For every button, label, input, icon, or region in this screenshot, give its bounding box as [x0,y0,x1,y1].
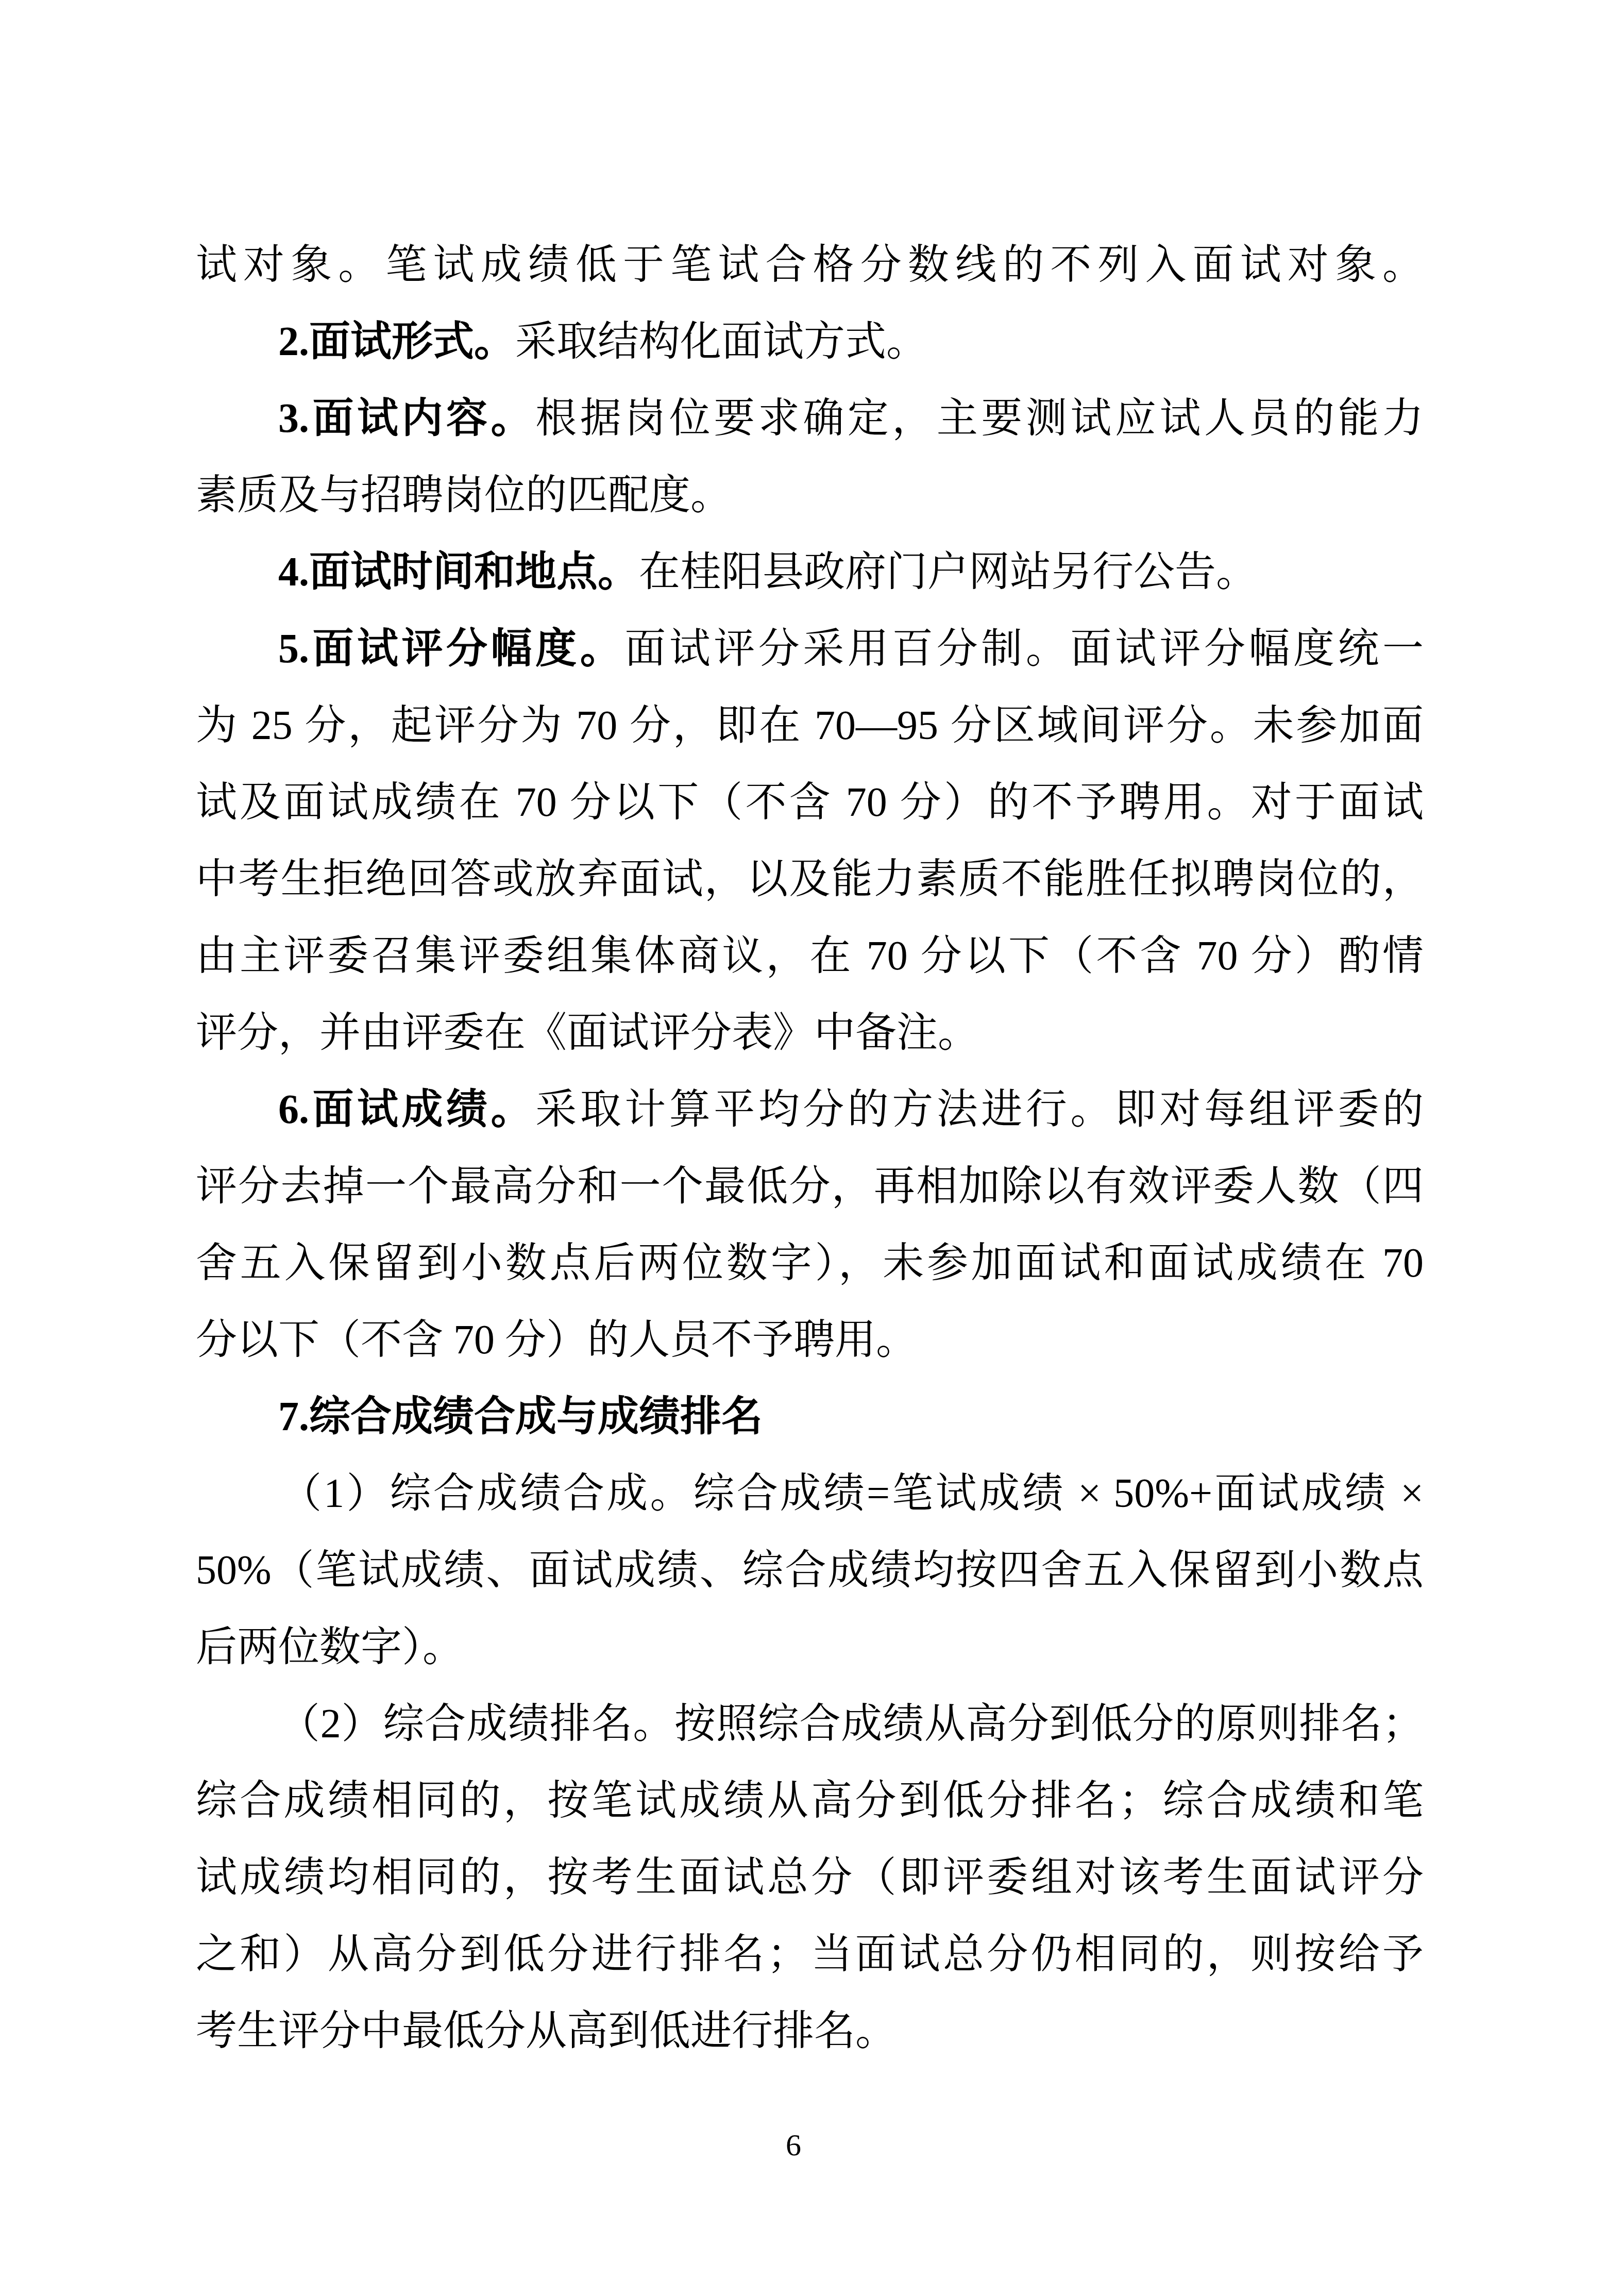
text-segment: 试及面试成绩在 70 分以下（不含 70 分）的不予聘用。对于面试 [196,780,1424,825]
text-segment-bold: 2.面试形式。 [278,319,515,364]
text-segment: 后两位数字）。 [196,1624,464,1670]
text-line: 分以下（不含 70 分）的人员不予聘用。 [196,1302,1424,1379]
text-line: 评分去掉一个最高分和一个最低分，再相加除以有效评委人数（四 [196,1148,1424,1225]
text-line: 综合成绩相同的，按笔试成绩从高分到低分排名；综合成绩和笔 [196,1763,1424,1839]
text-line: 4.面试时间和地点。在桂阳县政府门户网站另行公告。 [196,534,1424,611]
text-line: 5.面试评分幅度。面试评分采用百分制。面试评分幅度统一 [196,611,1424,688]
text-line: 评分，并由评委在《面试评分表》中备注。 [196,995,1424,1071]
text-line: 舍五入保留到小数点后两位数字），未参加面试和面试成绩在 70 [196,1225,1424,1302]
text-segment-bold: 4.面试时间和地点。 [278,549,639,595]
text-segment: 根据岗位要求确定，主要测试应试人员的能力 [535,396,1424,441]
text-segment-bold: 5.面试评分幅度。 [278,626,624,672]
text-segment: 试成绩均相同的，按考生面试总分（即评委组对该考生面试评分 [196,1855,1424,1900]
text-segment: 由主评委召集评委组集体商议，在 70 分以下（不含 70 分）酌情 [196,933,1424,979]
text-line: 2.面试形式。采取结构化面试方式。 [196,304,1424,380]
text-segment: 为 25 分，起评分为 70 分，即在 70—95 分区域间评分。未参加面 [196,703,1424,748]
document-page: 试对象。笔试成绩低于笔试合格分数线的不列入面试对象。2.面试形式。采取结构化面试… [0,0,1623,2296]
text-line: 为 25 分，起评分为 70 分，即在 70—95 分区域间评分。未参加面 [196,688,1424,764]
text-line: 中考生拒绝回答或放弃面试，以及能力素质不能胜任拟聘岗位的， [196,841,1424,918]
text-segment: 综合成绩相同的，按笔试成绩从高分到低分排名；综合成绩和笔 [196,1778,1424,1823]
text-line: （2）综合成绩排名。按照综合成绩从高分到低分的原则排名； [196,1686,1424,1763]
text-segment: 50%（笔试成绩、面试成绩、综合成绩均按四舍五入保留到小数点 [196,1548,1424,1593]
text-line: 3.面试内容。根据岗位要求确定，主要测试应试人员的能力 [196,380,1424,457]
text-line: 素质及与招聘岗位的匹配度。 [196,457,1424,534]
text-segment-bold: 6.面试成绩。 [278,1087,535,1132]
text-line: 试及面试成绩在 70 分以下（不含 70 分）的不予聘用。对于面试 [196,764,1424,841]
text-segment: 在桂阳县政府门户网站另行公告。 [639,549,1257,595]
document-text-block: 试对象。笔试成绩低于笔试合格分数线的不列入面试对象。2.面试形式。采取结构化面试… [196,227,1424,2070]
text-line: 6.面试成绩。采取计算平均分的方法进行。即对每组评委的 [196,1071,1424,1148]
text-segment: 之和）从高分到低分进行排名；当面试总分仍相同的，则按给予 [196,1932,1424,1977]
text-segment: 素质及与招聘岗位的匹配度。 [196,473,732,518]
text-line: 50%（笔试成绩、面试成绩、综合成绩均按四舍五入保留到小数点 [196,1532,1424,1609]
text-segment: （2）综合成绩排名。按照综合成绩从高分到低分的原则排名； [278,1701,1424,1747]
text-segment: 评分去掉一个最高分和一个最低分，再相加除以有效评委人数（四 [196,1164,1424,1209]
text-line: 后两位数字）。 [196,1609,1424,1686]
text-segment-bold: 3.面试内容。 [278,396,535,441]
text-line: （1）综合成绩合成。综合成绩=笔试成绩 × 50%+面试成绩 × [196,1455,1424,1532]
text-segment: 分以下（不含 70 分）的人员不予聘用。 [196,1317,917,1363]
text-line: 试对象。笔试成绩低于笔试合格分数线的不列入面试对象。 [196,227,1424,304]
text-segment: 评分，并由评委在《面试评分表》中备注。 [196,1010,979,1055]
text-segment-bold: 7.综合成绩合成与成绩排名 [278,1394,763,1439]
text-segment: 采取结构化面试方式。 [515,319,927,364]
text-line: 考生评分中最低分从高到低进行排名。 [196,1993,1424,2070]
text-line: 试成绩均相同的，按考生面试总分（即评委组对该考生面试评分 [196,1839,1424,1916]
text-segment: 试对象。笔试成绩低于笔试合格分数线的不列入面试对象。 [196,242,1424,288]
page-number: 6 [0,2129,1623,2161]
text-segment: 中考生拒绝回答或放弃面试，以及能力素质不能胜任拟聘岗位的， [196,857,1424,902]
text-line: 7.综合成绩合成与成绩排名 [196,1379,1424,1455]
text-segment: 面试评分采用百分制。面试评分幅度统一 [624,626,1424,672]
text-segment: 舍五入保留到小数点后两位数字），未参加面试和面试成绩在 70 [196,1241,1424,1286]
text-line: 由主评委召集评委组集体商议，在 70 分以下（不含 70 分）酌情 [196,918,1424,995]
text-segment: 考生评分中最低分从高到低进行排名。 [196,2008,897,2054]
text-line: 之和）从高分到低分进行排名；当面试总分仍相同的，则按给予 [196,1916,1424,1993]
text-segment: 采取计算平均分的方法进行。即对每组评委的 [535,1087,1424,1132]
text-segment: （1）综合成绩合成。综合成绩=笔试成绩 × 50%+面试成绩 × [278,1471,1424,1516]
